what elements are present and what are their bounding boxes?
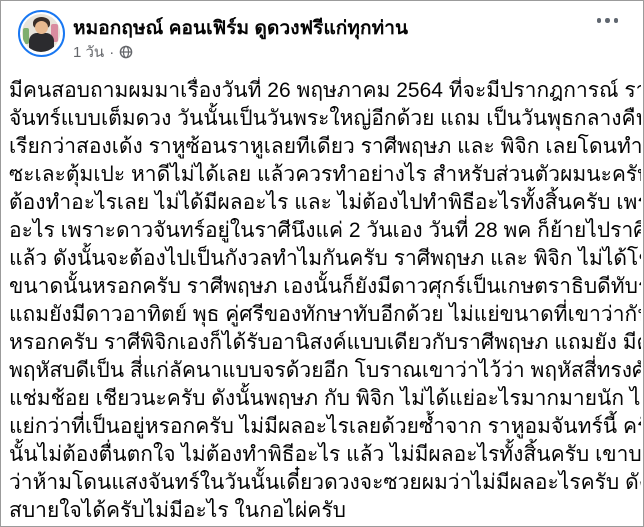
post-text-line: หรอกครับ ราศีพิจิกเองก็ได้รับอานิสงค์แบบ… bbox=[9, 329, 641, 357]
post-text: มีคนสอบถามผมมาเรื่องวันที่ 26 พฤษภาคม 25… bbox=[9, 77, 641, 525]
post-menu-button[interactable] bbox=[593, 14, 623, 27]
post-text-line: เรียกว่าสองเด้ง ราหูซ้อนราหูเลยทีเดียว ร… bbox=[9, 133, 641, 161]
post-text-line: จันทร์แบบเต็มดวง วันนั้นเป็นวันพระใหญ่อี… bbox=[9, 105, 641, 133]
post-text-line: ว่าห้ามโดนแสงจันทร์ในวันนั้นเดี๋ยวดวงจะซ… bbox=[9, 469, 641, 497]
ellipsis-icon bbox=[605, 18, 610, 23]
post-text-line: ซะเละตุ้มเปะ หาดีไม่ได้เลย แล้วควรทำอย่า… bbox=[9, 161, 641, 189]
post-text-line: แช่มช้อย เชียวนะครับ ดังนั้นพฤษภ กับ พิจ… bbox=[9, 385, 641, 413]
post-text-line: มีคนสอบถามผมมาเรื่องวันที่ 26 พฤษภาคม 25… bbox=[9, 77, 641, 105]
avatar[interactable] bbox=[18, 10, 65, 57]
ellipsis-icon bbox=[614, 18, 619, 23]
facebook-post: หมอกฤษณ์ คอนเฟิร์ม ดูดวงฟรีแก่ทุกท่าน 1 … bbox=[0, 0, 644, 527]
page-name-link[interactable]: หมอกฤษณ์ คอนเฟิร์ม ดูดวงฟรีแก่ทุกท่าน bbox=[73, 13, 408, 43]
post-text-line: แถมยังมีดาวอาทิตย์ พุธ คู่ศรีของทักษาทับ… bbox=[9, 301, 641, 329]
post-text-line: นั้นไม่ต้องตื่นตกใจ ไม่ต้องทำพิธีอะไร แล… bbox=[9, 441, 641, 469]
post-text-line: แย่กว่าที่เป็นอยู่หรอกครับ ไม่มีผลอะไรเล… bbox=[9, 413, 641, 441]
globe-icon bbox=[119, 45, 133, 59]
post-text-line: แล้ว ดังนั้นจะต้องไปเป็นกังวลทำไมกันครับ… bbox=[9, 245, 641, 273]
timestamp[interactable]: 1 วัน bbox=[73, 40, 104, 64]
meta-dot-separator: · bbox=[109, 44, 114, 61]
post-text-line: พฤหัสบดีเป็น สี่แก่ลัคนาแบบจรด้วยอีก โบร… bbox=[9, 357, 641, 385]
post-text-line: ต้องทำอะไรเลย ไม่ได้มีผลอะไร และ ไม่ต้อง… bbox=[9, 189, 641, 217]
post-header: หมอกฤษณ์ คอนเฟิร์ม ดูดวงฟรีแก่ทุกท่าน 1 … bbox=[1, 1, 643, 71]
post-text-line: สบายใจได้ครับไม่มีอะไร ในกอไผ่ครับ bbox=[9, 497, 641, 525]
post-text-line: ขนาดนั้นหรอกครับ ราศีพฤษภ เองนั้นก็ยังมี… bbox=[9, 273, 641, 301]
avatar-photo bbox=[22, 14, 60, 52]
post-meta[interactable]: 1 วัน · bbox=[73, 40, 133, 64]
ellipsis-icon bbox=[597, 18, 602, 23]
post-text-line: อะไร เพราะดาวจันทร์อยู่ในราศีนึงแค่ 2 วั… bbox=[9, 217, 641, 245]
